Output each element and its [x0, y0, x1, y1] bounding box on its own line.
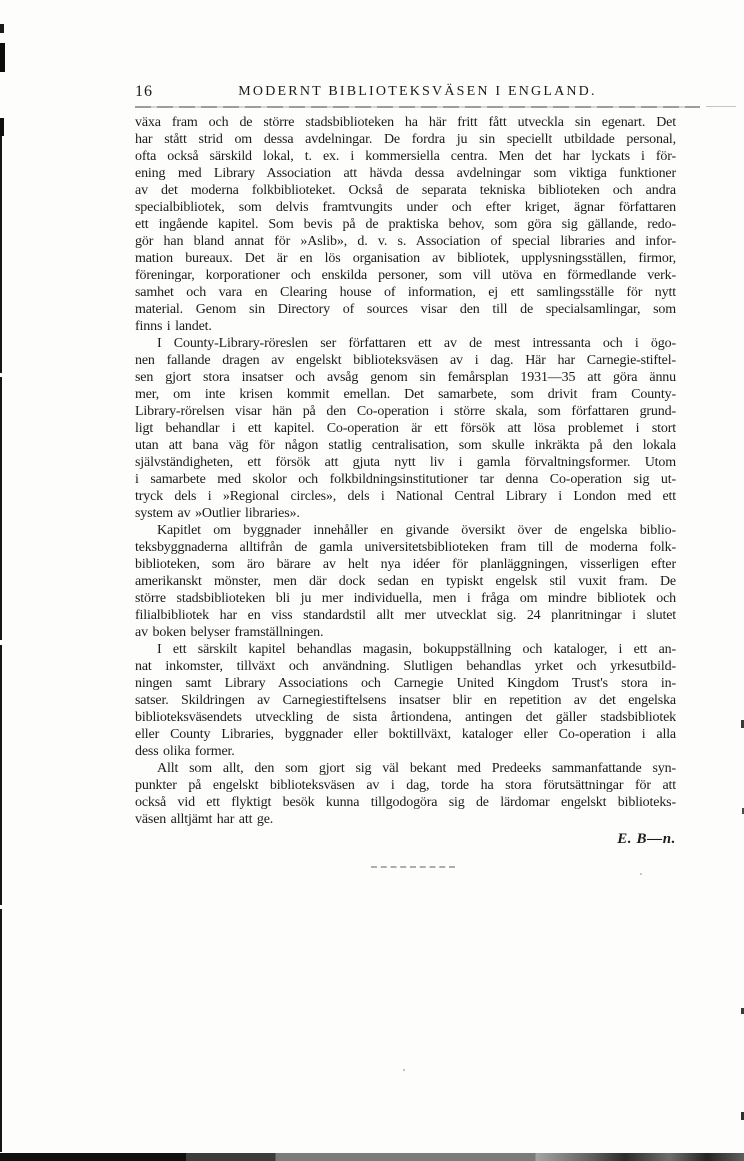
text-line: sen gjort stora insatser och avsåg genom…	[135, 369, 676, 386]
scan-line-gap	[0, 905, 3, 909]
text-line: satser. Skildringen av Carnegiestiftelse…	[135, 692, 676, 709]
text-line: ening med Library Association att hävda …	[135, 165, 676, 182]
text-line: mer, om inte krisen kommit emellan. Det …	[135, 386, 676, 403]
text-line: ett ingående kapitel. Som bevis på de pr…	[135, 216, 676, 233]
text-line: växa fram och de större stadsbiblioteken…	[135, 114, 676, 131]
scan-line-gap	[0, 373, 3, 377]
text-line: föreningar, korporationer och enskilda p…	[135, 267, 676, 284]
text-line: av boken belyser framställningen.	[135, 624, 676, 641]
text-line: utan att bana väg för någon statlig cent…	[135, 437, 676, 454]
scan-mark	[0, 24, 4, 33]
text-line: biblioteken, som äro bärare av helt nya …	[135, 556, 676, 573]
running-title: MODERNT BIBLIOTEKSVÄSEN I ENGLAND.	[135, 84, 700, 100]
text-line: ligt behandlar i ett kapitel. Co-operati…	[135, 420, 676, 437]
paragraph: växa fram och de större stadsbiblioteken…	[135, 114, 676, 335]
text-line: samhet och vara en Clearing house of inf…	[135, 284, 676, 301]
text-line: biblioteksväsendets utveckling de sista …	[135, 709, 676, 726]
text-line: väsen alltjämt har att ge.	[135, 811, 676, 828]
text-line: punkter på engelskt biblioteksväsen av i…	[135, 777, 676, 794]
text-line: nat inkomster, tillväxt och användning. …	[135, 658, 676, 675]
text-line: också vid ett flyktigt besök kunna tillg…	[135, 794, 676, 811]
scan-line-gap	[0, 640, 3, 645]
text-line: Library-rörelsen visar hän på den Co-ope…	[135, 403, 676, 420]
scan-bottom-edge-bar	[0, 1153, 744, 1161]
paragraph: I County-Library-röreslen ser författare…	[135, 335, 676, 522]
text-line: specialbibliotek, som delvis framtvungit…	[135, 199, 676, 216]
text-line: mation bureaux. Det är en lös organisati…	[135, 250, 676, 267]
scan-speck	[403, 1069, 405, 1071]
text-line: i samarbete med skolor och folkbildnings…	[135, 471, 676, 488]
scan-mark	[0, 43, 5, 72]
text-line: material. Genom sin Directory of sources…	[135, 301, 676, 318]
text-line: filialbibliotek har en viss standardstil…	[135, 607, 676, 624]
text-line: gör han bland annat för »Aslib», d. v. s…	[135, 233, 676, 250]
text-line: tryck dels i »Regional circles», dels i …	[135, 488, 676, 505]
text-line: eller County Libraries, byggnader eller …	[135, 726, 676, 743]
text-line: dess olika former.	[135, 743, 676, 760]
text-line: I ett särskilt kapitel behandlas magasin…	[135, 641, 676, 658]
author-signature: E. B—n.	[135, 831, 676, 848]
text-line: ofta också särskild lokal, t. ex. i komm…	[135, 148, 676, 165]
scan-speck	[640, 873, 642, 875]
page-header: 16 MODERNT BIBLIOTEKSVÄSEN I ENGLAND.	[135, 83, 700, 107]
header-rule-fragment	[706, 106, 736, 107]
article-body: växa fram och de större stadsbiblioteken…	[135, 114, 676, 828]
text-line: I County-Library-röreslen ser författare…	[135, 335, 676, 352]
text-line: självständigheten, ett försök att gjuta …	[135, 454, 676, 471]
text-line: Allt som allt, den som gjort sig väl bek…	[135, 760, 676, 777]
end-divider	[371, 866, 455, 868]
scanned-book-page: 16 MODERNT BIBLIOTEKSVÄSEN I ENGLAND. vä…	[0, 0, 744, 1161]
paragraph: I ett särskilt kapitel behandlas magasin…	[135, 641, 676, 760]
paragraph: Kapitlet om byggnader innehåller en giva…	[135, 522, 676, 641]
text-line: har stått strid om dessa avdelningar. De…	[135, 131, 676, 148]
text-line: amerikanskt mönster, men där dock sedan …	[135, 573, 676, 590]
scan-left-edge-line	[0, 118, 4, 136]
text-line: ningen samt Library Associations och Car…	[135, 675, 676, 692]
text-line: system av »Outlier libraries».	[135, 505, 676, 522]
text-line: Kapitlet om byggnader innehåller en giva…	[135, 522, 676, 539]
text-line: finns i landet.	[135, 318, 676, 335]
header-rule	[135, 106, 700, 108]
text-line: nen fallande dragen av engelskt bibliote…	[135, 352, 676, 369]
text-line: större stadsbiblioteken bli ju mer indiv…	[135, 590, 676, 607]
text-line: av det moderna folkbiblioteket. Också de…	[135, 182, 676, 199]
paragraph: Allt som allt, den som gjort sig väl bek…	[135, 760, 676, 828]
text-line: teksbyggnaderna alltifrån de gamla unive…	[135, 539, 676, 556]
